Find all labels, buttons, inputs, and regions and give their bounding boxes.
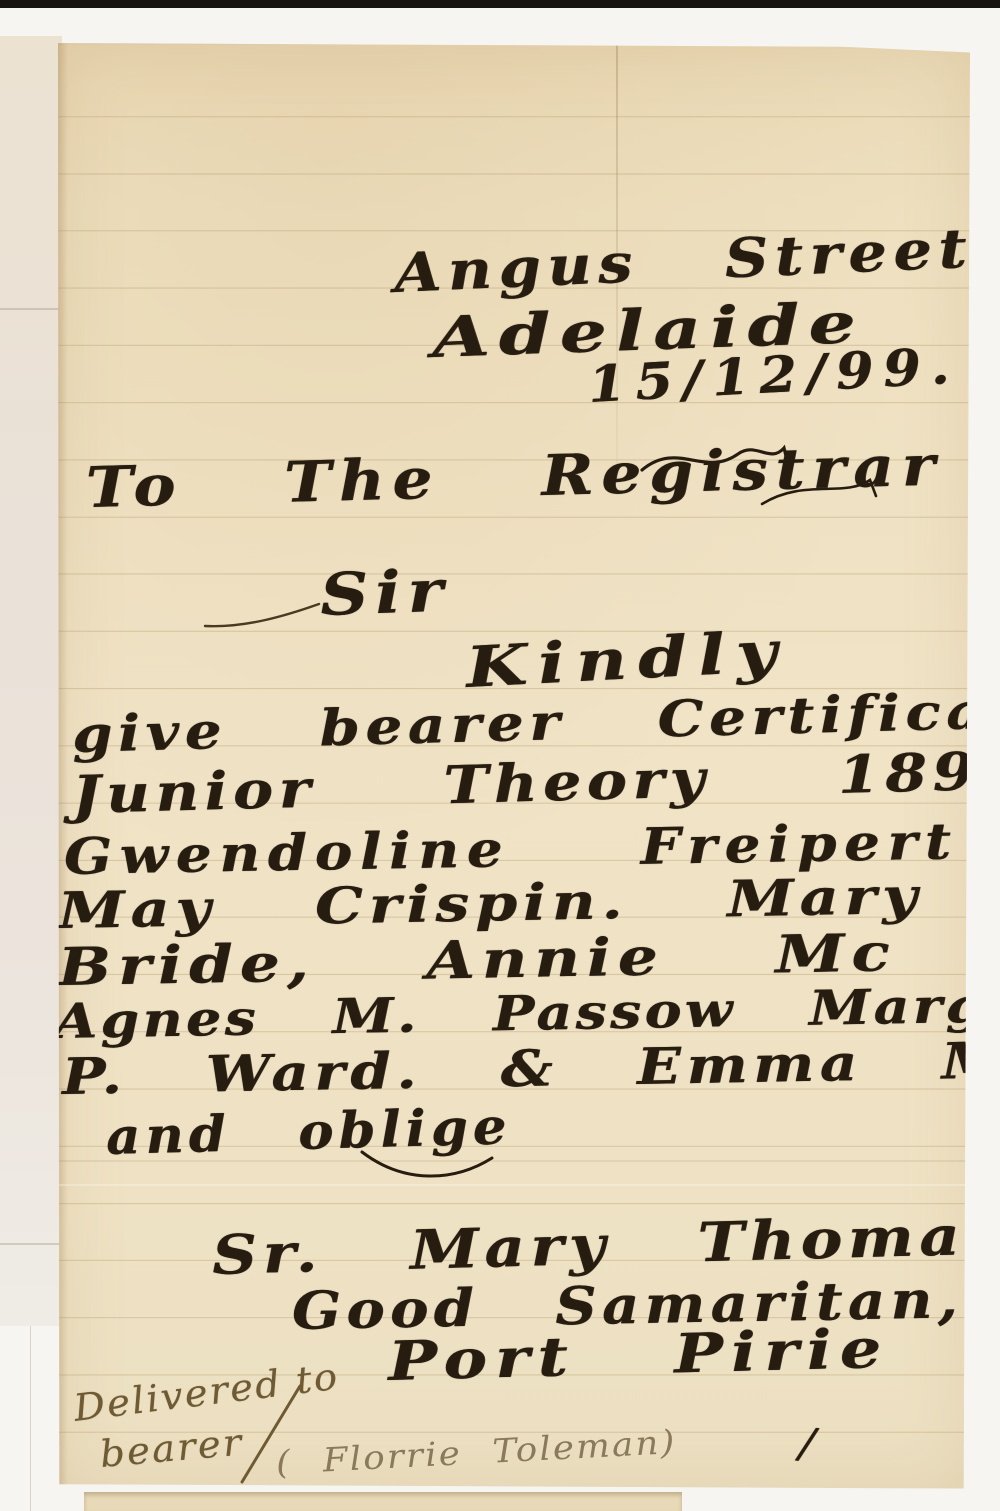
scanned-letter-document: Angus Street Adelaide 15/12/99. To The R…: [0, 0, 1000, 1511]
annotation-recipient-name: ( Florrie Toleman): [275, 1425, 677, 1479]
annotation-bearer: bearer: [98, 1424, 244, 1473]
page-top-edge-shadow: [58, 38, 970, 45]
underlying-page-sliver: [84, 1492, 682, 1511]
scanner-edge-strip: [0, 0, 1000, 8]
stray-pen-mark: ∕: [798, 1422, 816, 1465]
backing-crease-mark: [0, 308, 62, 310]
signature-place: Port Pirie: [387, 1321, 890, 1388]
salutation-sir: Sir: [319, 562, 450, 624]
backing-sheet-edge: [0, 36, 62, 1326]
page-fold-shadow: [58, 38, 68, 1490]
backing-crease-mark: [30, 1326, 31, 1511]
ink-flourish-oblige-tail: [358, 1144, 498, 1184]
heading-address-street: Angus Street: [393, 221, 974, 300]
ink-flourish-sir-lead: [203, 600, 323, 630]
body-line-kindly: Kindly: [465, 623, 790, 696]
backing-crease-mark: [0, 1243, 62, 1245]
letter-page: Angus Street Adelaide 15/12/99. To The R…: [58, 38, 970, 1490]
horizontal-fold-crease: [58, 1184, 970, 1186]
ink-flourish-registrar-tail: [758, 470, 888, 512]
